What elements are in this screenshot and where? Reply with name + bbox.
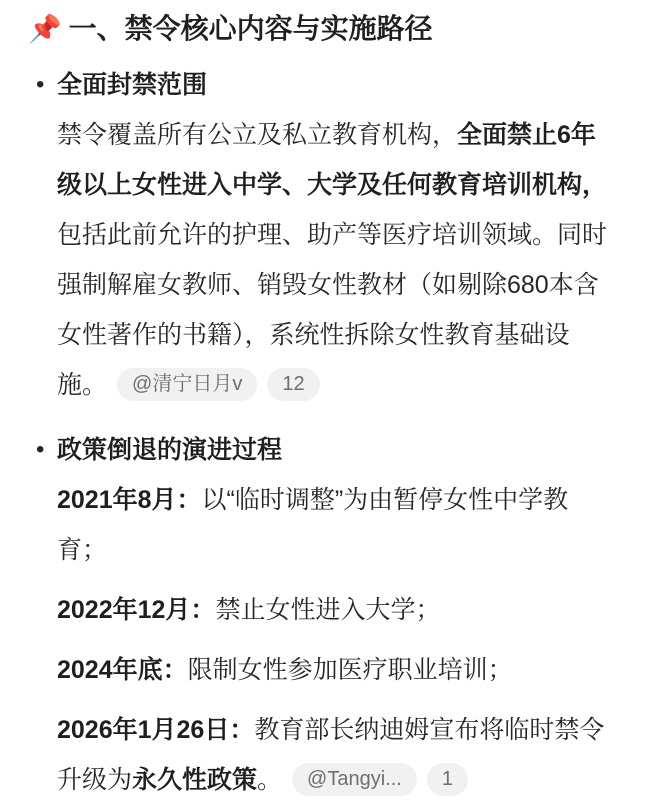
bold-text-segment: 2022年12月：	[57, 596, 215, 624]
list-item-title: 政策倒退的演进过程	[57, 425, 614, 475]
paragraph: 2022年12月：禁止女性进入大学；	[57, 585, 614, 635]
content-page: 📌 一、禁令核心内容与实施路径 •全面封禁范围禁令覆盖所有公立及私立教育机构，全…	[0, 0, 648, 812]
paragraph: 2026年1月26日：教育部长纳迪姆宣布将临时禁令升级为永久性政策。@Tangy…	[57, 705, 614, 805]
paragraph: 2021年8月：以“临时调整”为由暂停女性中学教育；	[57, 475, 614, 575]
text-segment: 禁止女性进入大学；	[215, 596, 440, 624]
bullet-marker-icon: •	[36, 60, 44, 110]
list-item: •全面封禁范围禁令覆盖所有公立及私立教育机构，全面禁止6年级以上女性进入中学、大…	[28, 60, 614, 410]
bold-text-segment: 2024年底：	[57, 656, 188, 684]
list-item-title: 全面封禁范围	[57, 60, 614, 110]
text-segment: 禁令覆盖所有公立及私立教育机构，	[57, 121, 457, 149]
bold-text-segment: 永久性政策	[132, 766, 257, 794]
bold-text-segment: 2021年8月：	[57, 486, 202, 514]
text-segment: 限制女性参加医疗职业培训；	[188, 656, 513, 684]
bold-text-segment: 2026年1月26日：	[57, 716, 254, 744]
citation-count-badge[interactable]: 1	[427, 763, 468, 796]
bullet-marker-icon: •	[36, 425, 44, 475]
bullet-list: •全面封禁范围禁令覆盖所有公立及私立教育机构，全面禁止6年级以上女性进入中学、大…	[28, 60, 614, 805]
paragraph: 禁令覆盖所有公立及私立教育机构，全面禁止6年级以上女性进入中学、大学及任何教育培…	[57, 110, 614, 410]
list-item: •政策倒退的演进过程2021年8月：以“临时调整”为由暂停女性中学教育；2022…	[28, 425, 614, 805]
section-heading-text: 一、禁令核心内容与实施路径	[69, 4, 433, 54]
citation-count-badge[interactable]: 12	[267, 368, 319, 401]
section-heading: 📌 一、禁令核心内容与实施路径	[28, 4, 614, 54]
text-segment: 。	[257, 766, 282, 794]
citation-source-chip[interactable]: @清宁日月v	[117, 368, 257, 401]
paragraph: 2024年底：限制女性参加医疗职业培训；	[57, 645, 614, 695]
citation-source-chip[interactable]: @Tangyi...	[292, 763, 417, 796]
pushpin-icon: 📌	[28, 16, 62, 43]
